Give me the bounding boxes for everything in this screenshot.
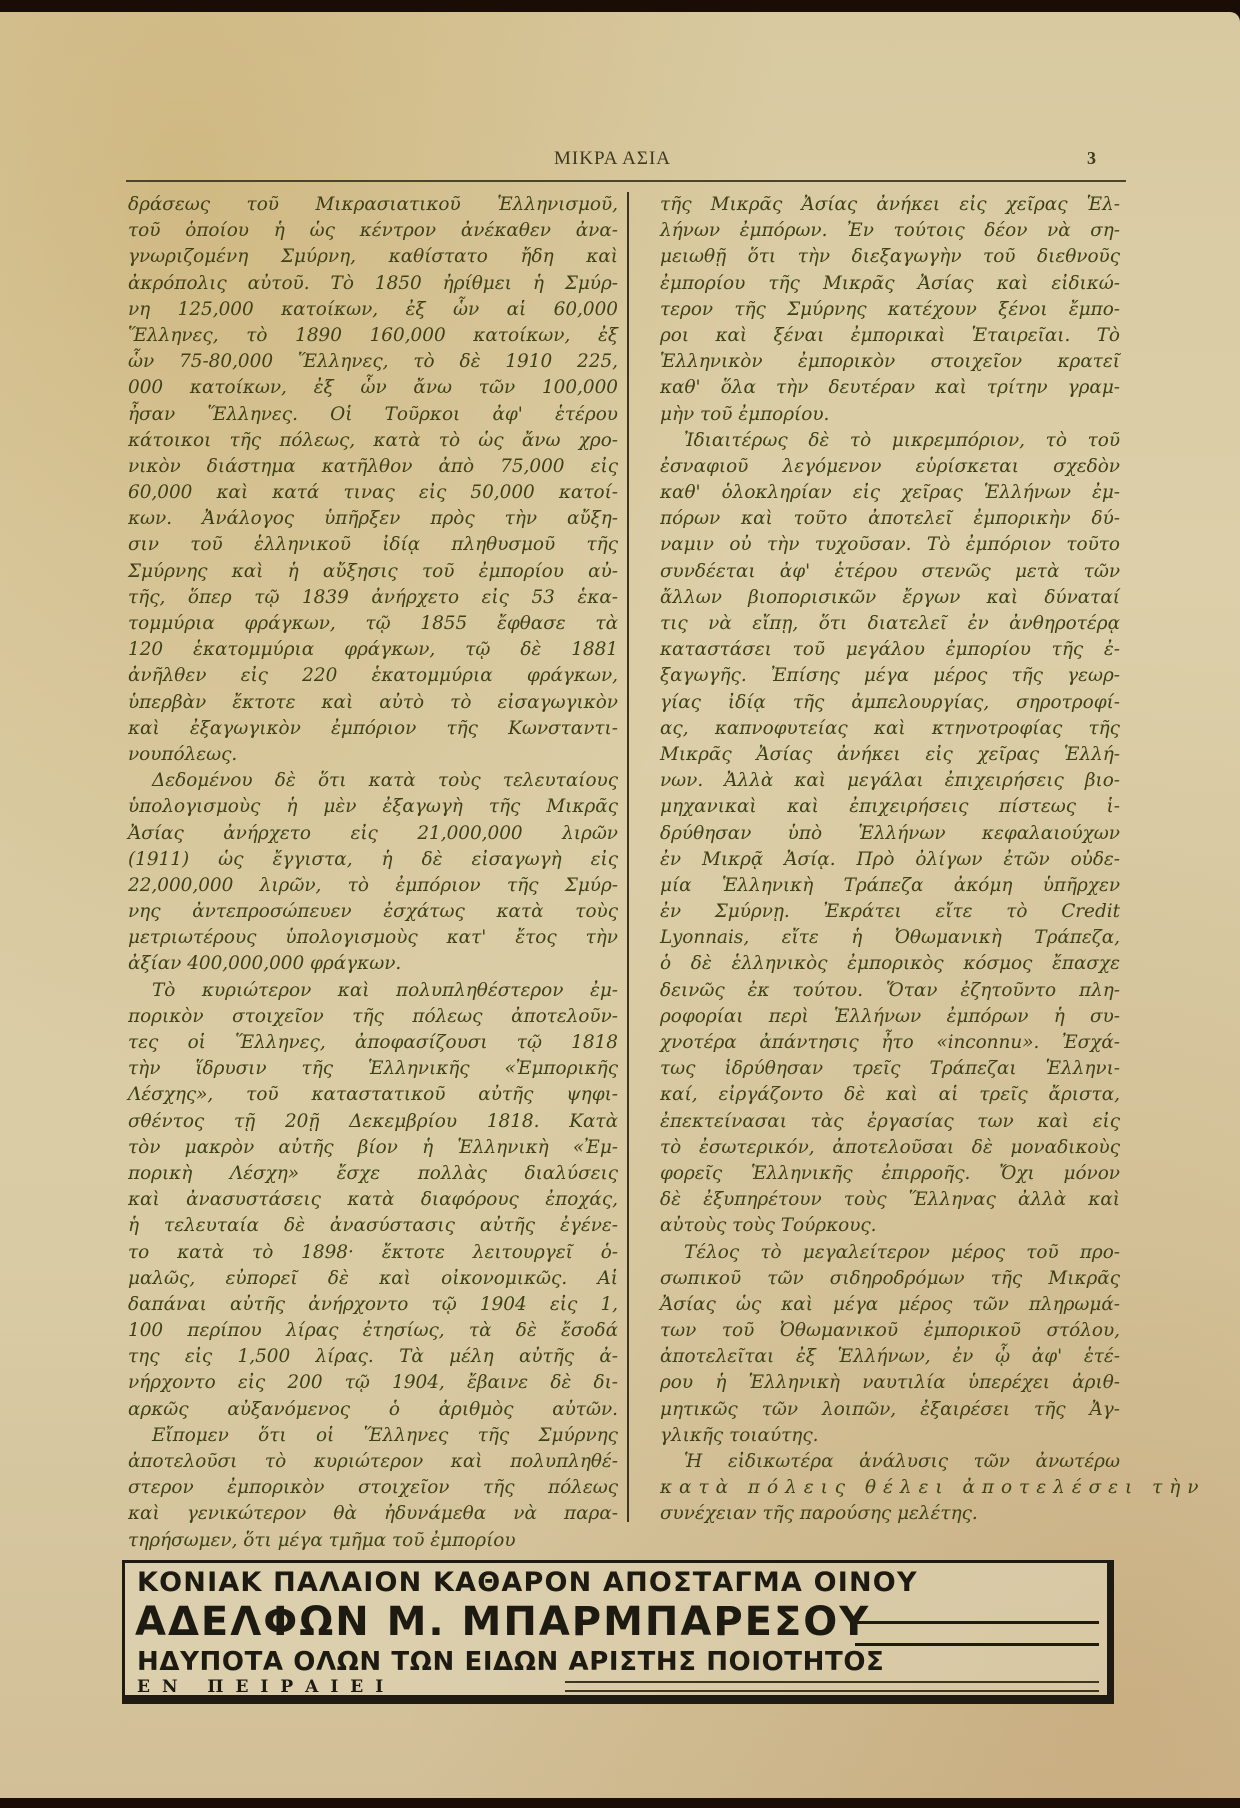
advertisement-box: ΚΟΝΙΑΚ ΠΑΛΑΙΟΝ ΚΑΘΑΡΟΝ ΑΠΟΣΤΑΓΜΑ ΟΙΝΟΥ Α… [122,1560,1114,1704]
text-line: μία Ἑλληνικὴ Τράπεζα ἀκόμη ὑπῆρχεν [660,873,1120,899]
text-line: ὧν 75-80,000 Ἕλληνες, τὸ δὲ 1910 225, [128,349,618,375]
text-line: τοῦ ὁποίου ἡ ὡς κέντρον ἀνέκαθεν ἀνα- [128,218,618,244]
text-line: ναμιν οὐ τὴν τυχοῦσαν. Τὸ ἐμπόριον τοῦτο [660,532,1120,558]
text-line: καὶ γενικώτερον θὰ ἠδυνάμεθα νὰ παρα- [128,1501,618,1527]
text-line: Ἀσίας ἀνήρχετο εἰς 21,000,000 λιρῶν [128,821,618,847]
text-line: νης ἀντεπροσώπευεν ἐσχάτως κατὰ τοὺς [128,899,618,925]
text-line: μὴν τοῦ ἐμπορίου. [660,402,1120,428]
text-line: Ἑλληνικὸν ἐμπορικὸν στοιχεῖον κρατεῖ [660,349,1120,375]
text-line: Δεδομένου δὲ ὅτι κατὰ τοὺς τελευταίους [128,768,618,794]
text-line: ἄλλων βιοπορισικῶν ἔργων καὶ δύναταί [660,585,1120,611]
text-line: τῆς, ὅπερ τῷ 1839 ἀνήρχετο εἰς 53 ἑκα- [128,585,618,611]
text-line: ἐν Μικρᾷ Ἀσίᾳ. Πρὸ ὀλίγων ἐτῶν οὐδε- [660,847,1120,873]
text-line: ὁ δὲ ἑλληνικὸς ἐμπορικὸς κόσμος ἔπασχε [660,951,1120,977]
text-line: πόρων καὶ τοῦτο ἀποτελεῖ ἐμπορικὴν δύ- [660,506,1120,532]
text-line: γίας ἰδίᾳ τῆς ἀμπελουργίας, σηροτροφί- [660,690,1120,716]
text-line: τως ἱδρύθησαν τρεῖς Τράπεζαι Ἑλληνι- [660,1056,1120,1082]
right-column-text: τῆς Μικρᾶς Ἀσίας ἀνήκει εἰς χεῖρας Ἑλ-λή… [660,192,1120,1528]
text-line: καθ' ὁλοκληρίαν εἰς χεῖρας Ἑλλήνων ἐμ- [660,480,1120,506]
text-line: ὑπολογισμοὺς ἡ μὲν ἐξαγωγὴ τῆς Μικρᾶς [128,794,618,820]
text-line: ἀποτελεῖται ἐξ Ἑλλήνων, ἐν ᾧ ἀφ' ἑτέ- [660,1344,1120,1370]
text-line: τῆς Μικρᾶς Ἀσίας ἀνήκει εἰς χεῖρας Ἑλ- [660,192,1120,218]
text-line: μαλῶς, εὐπορεῖ δὲ καὶ οἰκονομικῶς. Αἱ [128,1266,618,1292]
text-line: Λέσχης», τοῦ καταστατικοῦ αὐτῆς ψηφι- [128,1082,618,1108]
text-line: καταστάσει τοῦ μεγάλου ἐμπορίου τῆς ἐ- [660,637,1120,663]
text-line: ἀκρόπολις αὐτοῦ. Τὸ 1850 ἠρίθμει ἡ Σμύρ- [128,271,618,297]
text-line: πορικὴ Λέσχη» ἔσχε πολλὰς διαλύσεις [128,1161,618,1187]
text-line: πορικὸν στοιχεῖον τῆς πόλεως ἀποτελοῦν- [128,1004,618,1030]
text-line: τὸν μακρὸν αὐτῆς βίον ἡ Ἑλληνικὴ «Ἐμ- [128,1135,618,1161]
text-line: δεινῶς ἐκ τούτου. Ὅταν ἐζητοῦντο πλη- [660,978,1120,1004]
text-line: ἐν Σμύρνῃ. Ἐκράτει εἴτε τὸ Credit [660,899,1120,925]
column-divider [627,192,629,1522]
text-line: ἡ τελευταία δὲ ἀνασύστασις αὐτῆς ἐγένε- [128,1213,618,1239]
text-line: Εἴπομεν ὅτι οἱ Ἕλληνες τῆς Σμύρνης [128,1423,618,1449]
text-line: νικὸν διάστημα κατῆλθον ἀπὸ 75,000 εἰς [128,454,618,480]
text-line: τὸ ἐσωτερικόν, ἀποτελοῦσαι δὲ μοναδικοὺς [660,1135,1120,1161]
text-line: 000 κατοίκων, ἐξ ὧν ἄνω τῶν 100,000 [128,375,618,401]
text-line: τὴν ἵδρυσιν τῆς Ἑλληνικῆς «Ἐμπορικῆς [128,1056,618,1082]
text-line: δαπάναι αὐτῆς ἀνήρχοντο τῷ 1904 εἰς 1, [128,1292,618,1318]
text-line: συνέχειαν τῆς παρούσης μελέτης. [660,1501,1120,1527]
text-line: μειωθῇ ὅτι τὴν διεξαγωγὴν τοῦ διεθνοῦς [660,244,1120,270]
text-line: χνοτέρα ἀπάντησις ἦτο «inconnu». Ἐσχά- [660,1030,1120,1056]
text-line: μηχανικαὶ καὶ ἐπιχειρήσεις πίστεως ἱ- [660,794,1120,820]
text-line: φορεῖς Ἑλληνικῆς ἐπιρροῆς. Ὄχι μόνον [660,1161,1120,1187]
page-number: 3 [1087,148,1096,169]
text-line: δράσεως τοῦ Μικρασιατικοῦ Ἑλληνισμοῦ, [128,192,618,218]
text-line: Σμύρνης καὶ ἡ αὔξησις τοῦ ἐμπορίου αὐ- [128,559,618,585]
text-line: Τέλος τὸ μεγαλείτερον μέρος τοῦ προ- [660,1240,1120,1266]
text-line: 100 περίπου λίρας ἐτησίως, τὰ δὲ ἔσοδά [128,1318,618,1344]
text-line: Μικρᾶς Ἀσίας ἀνήκει εἰς χεῖρας Ἑλλή- [660,742,1120,768]
text-line: ἐμπορίου τῆς Μικρᾶς Ἀσίας καὶ εἰδικώ- [660,271,1120,297]
text-line: κάτοικοι τῆς πόλεως, κατὰ τὸ ὡς ἄνω χρο- [128,428,618,454]
text-line: Τὸ κυριώτερον καὶ πολυπληθέστερον ἐμ- [128,978,618,1004]
ad-product-line: ΚΟΝΙΑΚ ΠΑΛΑΙΟΝ ΚΑΘΑΡΟΝ ΑΠΟΣΤΑΓΜΑ ΟΙΝΟΥ [137,1567,918,1598]
text-line: μητικῶς τῶν λοιπῶν, ἐξαιρέσει τῆς Ἀγ- [660,1397,1120,1423]
text-line: 60,000 καὶ κατά τινας εἰς 50,000 κατοί- [128,480,618,506]
left-column-text: δράσεως τοῦ Μικρασιατικοῦ Ἑλληνισμοῦ,τοῦ… [128,192,618,1554]
newspaper-page: ΜΙΚΡΑ ΑΣΙΑ 3 δράσεως τοῦ Μικρασιατικοῦ Ἑ… [0,12,1240,1798]
text-line: ἐπεκτείνασαι τὰς ἐργασίας των καὶ εἰς [660,1109,1120,1135]
text-line: ροφορίαι περὶ Ἑλλήνων ἐμπόρων ἡ συ- [660,1004,1120,1030]
text-line: (1911) ὡς ἔγγιστα, ἡ δὲ εἰσαγωγὴ εἰς [128,847,618,873]
text-line: ρου ἡ Ἑλληνικὴ ναυτιλία ὑπερέχει ἀριθ- [660,1370,1120,1396]
text-line: το κατὰ τὸ 1898· ἔκτοτε λειτουργεῖ ὁ- [128,1240,618,1266]
text-line: κατὰ πόλεις θέλει ἀποτελέσει τὴν [660,1475,1120,1501]
text-line: σιν τοῦ ἑλληνικοῦ ἰδίᾳ πληθυσμοῦ τῆς [128,532,618,558]
ad-rule [565,1690,1099,1692]
publication-title: ΜΙΚΡΑ ΑΣΙΑ [554,148,671,170]
text-line: ἀποτελοῦσι τὸ κυριώτερον καὶ πολυπληθέ- [128,1449,618,1475]
text-line: νων. Ἀλλὰ καὶ μεγάλαι ἐπιχειρήσεις βιο- [660,768,1120,794]
ad-rule [855,1621,1099,1624]
text-line: γνωριζομένη Σμύρνη, καθίστατο ἤδη καὶ [128,244,618,270]
text-line: Lyonnais, εἴτε ἡ Ὀθωμανικὴ Τράπεζα, [660,925,1120,951]
text-line: νη 125,000 κατοίκων, ἐξ ὧν αἱ 60,000 [128,297,618,323]
text-line: μετριωτέρους ὑπολογισμοὺς κατ' ἔτος τὴν [128,925,618,951]
text-line: νουπόλεως. [128,742,618,768]
ad-location: ΕΝ ΠΕΙΡΑΙΕΙ [137,1677,395,1697]
text-line: 120 ἑκατομμύρια φράγκων, τῷ δὲ 1881 [128,637,618,663]
text-line: τηρήσωμεν, ὅτι μέγα τμῆμα τοῦ ἐμπορίου [128,1528,618,1554]
text-line: νήρχοντο εἰς 200 τῷ 1904, ἔβαινε δὲ δι- [128,1370,618,1396]
text-line: δρύθησαν ὑπὸ Ἑλλήνων κεφαλαιούχων [660,821,1120,847]
text-line: Ἰδιαιτέρως δὲ τὸ μικρεμπόριον, τὸ τοῦ [660,428,1120,454]
text-line: σωπικοῦ τῶν σιδηροδρόμων τῆς Μικρᾶς [660,1266,1120,1292]
text-line: δὲ ἐξυπηρέτουν τοὺς Ἕλληνας ἀλλὰ καὶ [660,1187,1120,1213]
ad-brand-name: ΑΔΕΛΦΩΝ Μ. ΜΠΑΡΜΠΑΡΕΣΟΥ [135,1599,870,1645]
text-line: ας, καπνοφυτείας καὶ κτηνοτροφίας τῆς [660,716,1120,742]
text-line: συνδέεται ἀφ' ἑτέρου στενῶς μετὰ τῶν [660,559,1120,585]
text-line: ἀξίαν 400,000,000 φράγκων. [128,951,618,977]
text-line: τομμύρια φράγκων, τῷ 1855 ἔφθασε τὰ [128,611,618,637]
text-line: Ἀσίας ὡς καὶ μέγα μέρος τῶν πληρωμά- [660,1292,1120,1318]
text-line: της εἰς 1,500 λίρας. Τὰ μέλη αὐτῆς ἀ- [128,1344,618,1370]
ad-tagline: ΗΔΥΠΟΤΑ ΟΛΩΝ ΤΩΝ ΕΙΔΩΝ ΑΡΙΣΤΗΣ ΠΟΙΟΤΗΤΟΣ [137,1647,884,1677]
text-line: αὐτοὺς τοὺς Τούρκους. [660,1213,1120,1239]
text-line: κων. Ἀνάλογος ὑπῆρξεν πρὸς τὴν αὔξη- [128,506,618,532]
text-line: λήνων ἐμπόρων. Ἐν τούτοις δέον νὰ ση- [660,218,1120,244]
text-line: καὶ ἀνασυστάσεις κατὰ διαφόρους ἐποχάς, [128,1187,618,1213]
text-line: ὑπερβὰν ἔκτοτε καὶ αὐτὸ τὸ εἰσαγωγικὸν [128,690,618,716]
text-line: Ἕλληνες, τὸ 1890 160,000 κατοίκων, ἐξ [128,323,618,349]
text-line: καί, εἰργάζοντο δὲ καὶ αἱ τρεῖς ἄριστα, [660,1082,1120,1108]
text-line: ξαγωγῆς. Ἐπίσης μέγα μέρος τῆς γεωρ- [660,663,1120,689]
ad-rule [855,1643,1099,1646]
text-line: Ἡ εἰδικωτέρα ἀνάλυσις τῶν ἀνωτέρω [660,1449,1120,1475]
text-line: των τοῦ Ὀθωμανικοῦ ἐμπορικοῦ στόλου, [660,1318,1120,1344]
text-line: ροι καὶ ξέναι ἐμπορικαὶ Ἑταιρεῖαι. Τὸ [660,323,1120,349]
header-rule [126,180,1126,182]
text-line: τες οἱ Ἕλληνες, ἀποφασίζουσι τῷ 1818 [128,1030,618,1056]
text-line: ἦσαν Ἕλληνες. Οἱ Τοῦρκοι ἀφ' ἑτέρου [128,402,618,428]
text-line: σθέντος τῇ 20ῇ Δεκεμβρίου 1818. Κατὰ [128,1109,618,1135]
text-line: στερον ἐμπορικὸν στοιχεῖον τῆς πόλεως [128,1475,618,1501]
text-line: 22,000,000 λιρῶν, τὸ ἐμπόριον τῆς Σμύρ- [128,873,618,899]
text-line: ἐσναφιοῦ λεγόμενον εὑρίσκεται σχεδὸν [660,454,1120,480]
ad-rule [565,1681,1099,1683]
text-line: τερον τῆς Σμύρνης κατέχουν ξένοι ἔμπο- [660,297,1120,323]
text-line: ἀνῆλθεν εἰς 220 ἑκατομμύρια φράγκων, [128,663,618,689]
text-line: τις νὰ εἴπῃ, ὅτι διατελεῖ ἐν ἀνθηροτέρᾳ [660,611,1120,637]
text-line: γλικῆς τοιαύτης. [660,1423,1120,1449]
text-line: καθ' ὅλα τὴν δευτέραν καὶ τρίτην γραμ- [660,375,1120,401]
text-line: καὶ ἐξαγωγικὸν ἐμπόριον τῆς Κωνσταντι- [128,716,618,742]
page-header: ΜΙΚΡΑ ΑΣΙΑ 3 [126,140,1126,180]
text-line: αρκῶς αὐξανόμενος ὁ ἀριθμὸς αὐτῶν. [128,1397,618,1423]
